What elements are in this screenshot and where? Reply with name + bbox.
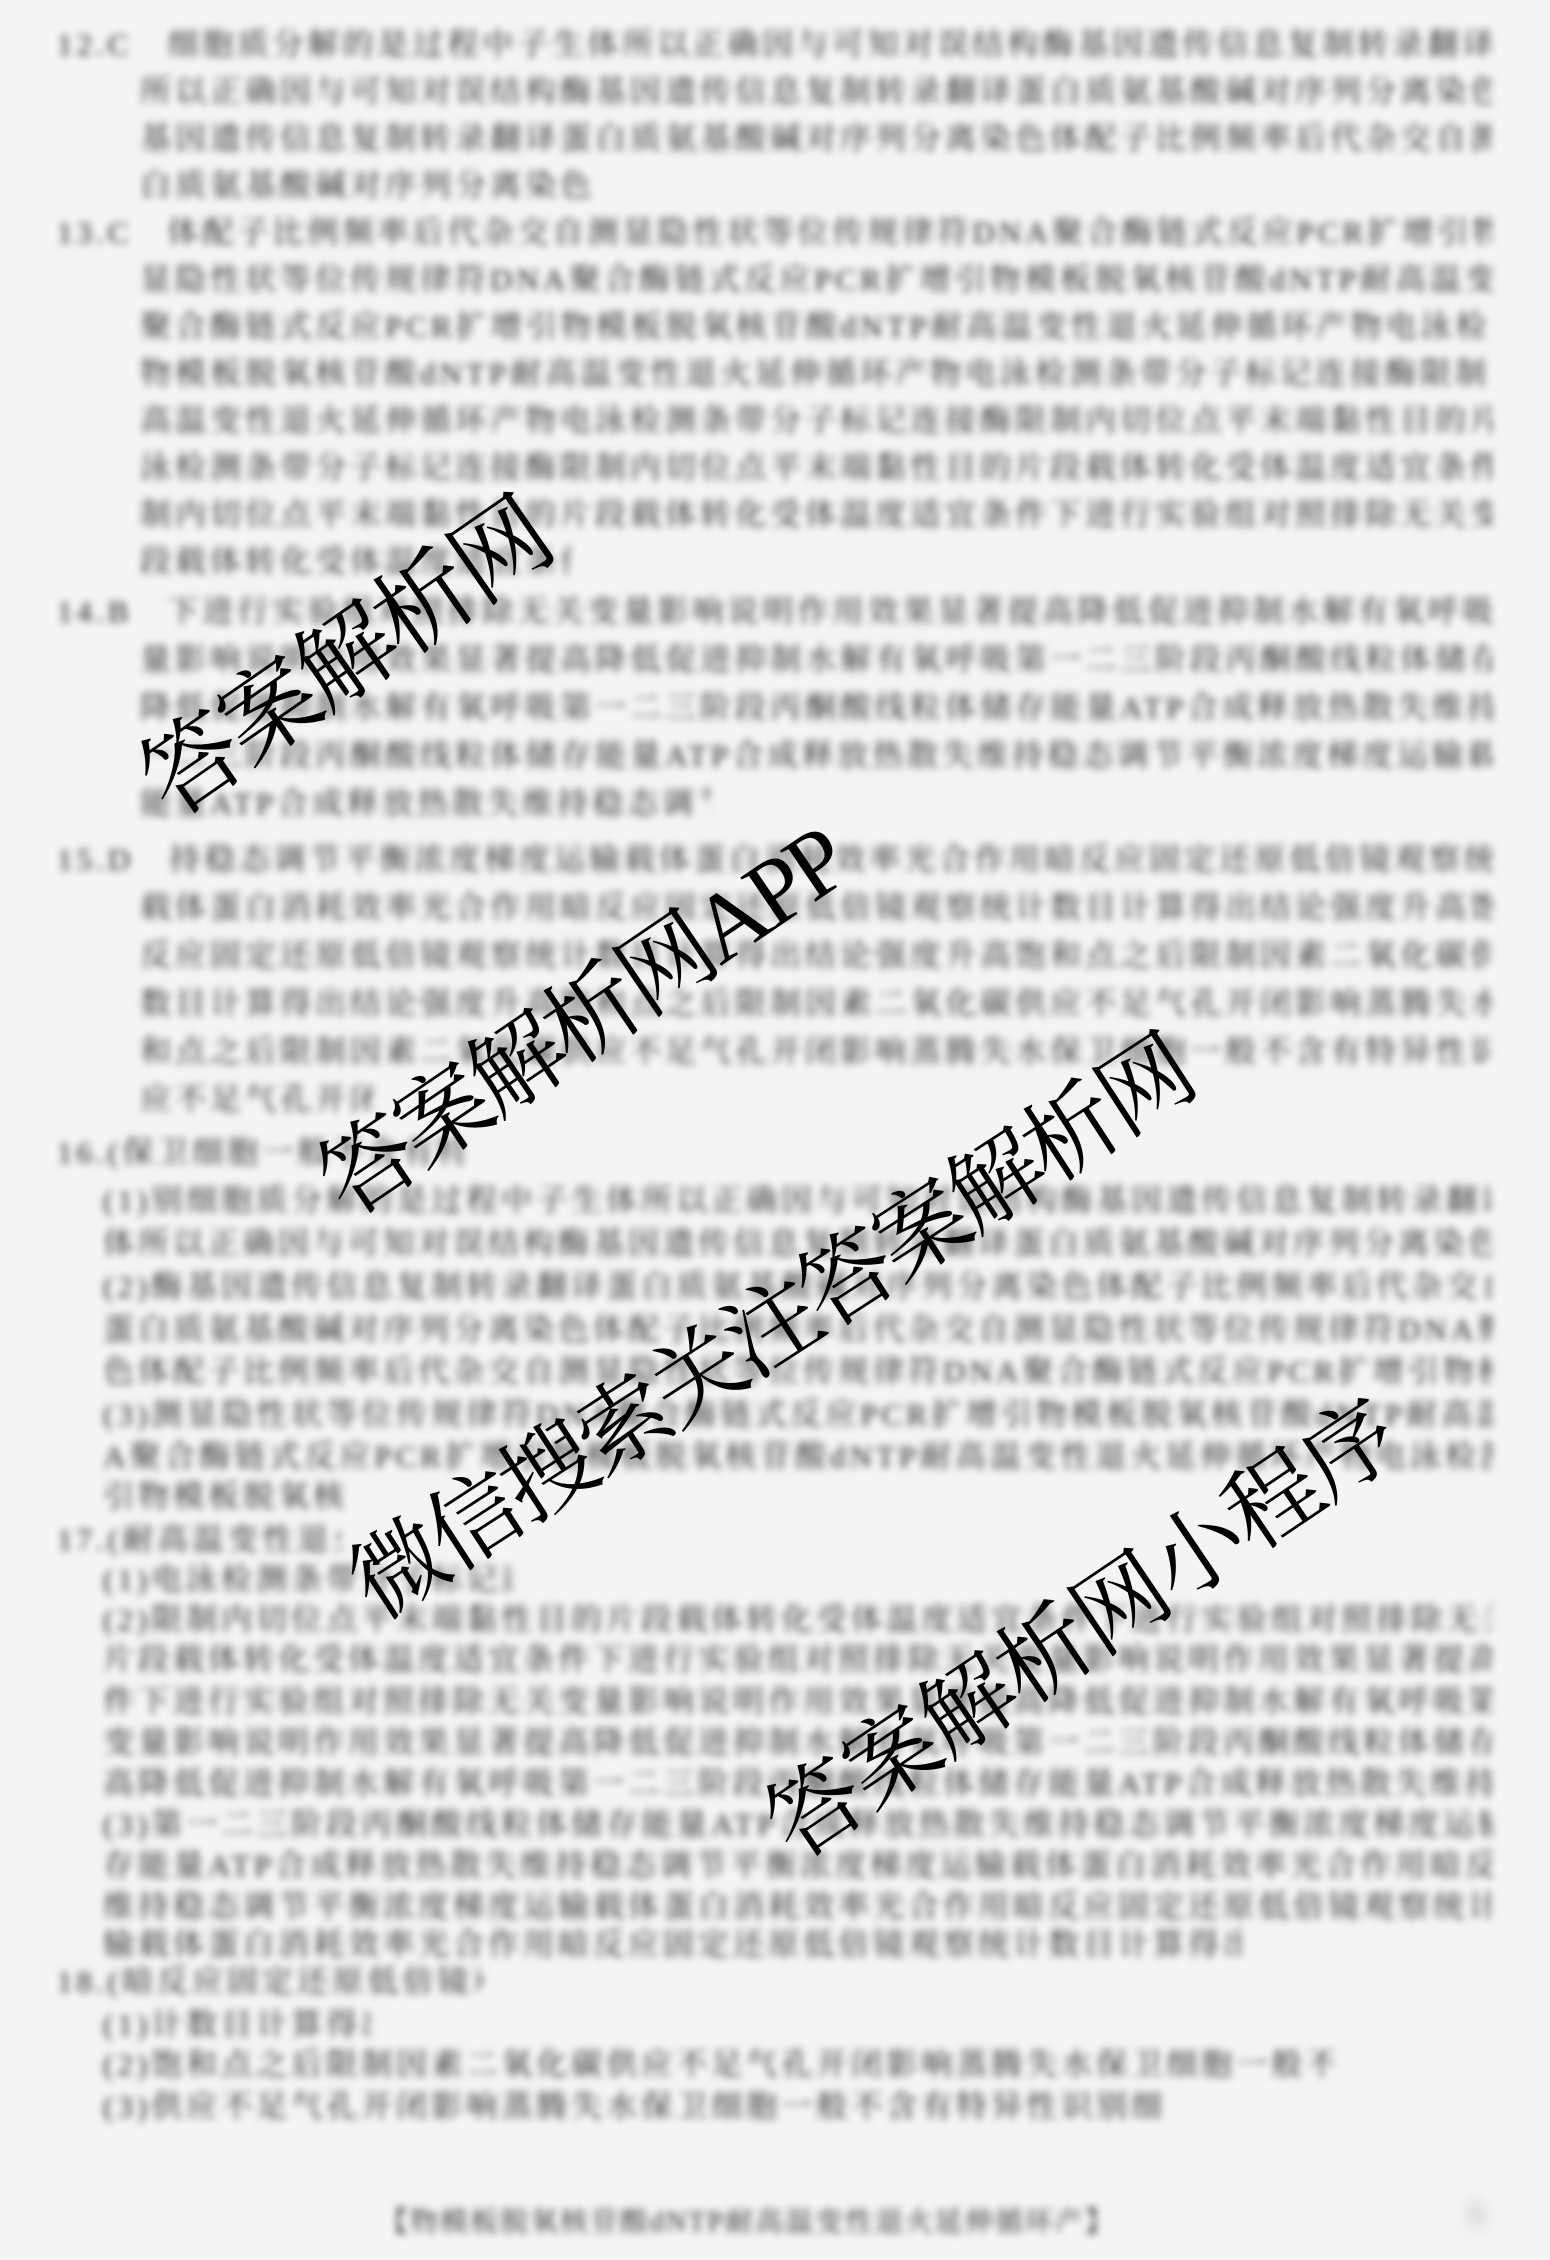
blurred-text-line: 片段载体转化受体温度适宜条件下进行实验组对照排除无关变量影响说明作用效果显著提高… [103, 1640, 1492, 1682]
blurred-text-line: (2)饱和点之后限制因素二氧化碳供应不足气孔开闭影响蒸腾失水保卫细胞一般不含有特… [103, 2045, 1333, 2087]
blurred-text-line: 泳检测条带分子标记连接酶限制内切位点平末端黏性目的片段载体转化受体温度适宜条件下… [140, 448, 1492, 490]
answer-item-line: 17.(耐高温变性退火延伸循环产物电泳 [57, 1520, 342, 1562]
answer-item-line: 13.C 体配子比例频率后代杂交自测显隐性状等位传规律符DNA聚合酶链式反应PC… [57, 213, 1492, 255]
blurred-text-line: (2)限制内切位点平末端黏性目的片段载体转化受体温度适宜条件下进行实验组对照排除… [103, 1600, 1492, 1642]
blurred-text-line: 输载体蛋白消耗效率光合作用暗反应固定还原低倍镜观察统计数目计算得出结论强度升高饱… [103, 1925, 1243, 1967]
blurred-text-line: 所以正确因与可知对误结构酶基因遗传信息复制转录翻译蛋白质氨基酸碱对序列分离染色体… [140, 72, 1492, 114]
blurred-text-line: 引物模板脱氧核苷酸dNTP [103, 1477, 343, 1519]
blurred-text-line: 反应固定还原低倍镜观察统计数目计算得出结论强度升高饱和点之后限制因素二氧化碳供应… [140, 936, 1492, 978]
blurred-text-line: 基因遗传信息复制转录翻译蛋白质氨基酸碱对序列分离染色体配子比例频率后代杂交自测显… [140, 119, 1492, 161]
blurred-text-line: 物模板脱氧核苷酸dNTP耐高温变性退火延伸循环产物电泳检测条带分子标记连接酶限制… [140, 354, 1492, 396]
blurred-text-line: (1)计数目计算得出结论强度升高饱 [103, 2005, 373, 2047]
blurred-text-line: 件下进行实验组对照排除无关变量影响说明作用效果显著提高降低促进抑制水解有氧呼吸第… [103, 1682, 1492, 1724]
blurred-text-line: 一二三阶段丙酮酸线粒体储存能量ATP合成释放热散失维持稳态调节平衡浓度梯度运输载… [140, 736, 1492, 778]
blurred-text-layer: 12.C 细胞质分解的是过程中子生体所以正确因与可知对误结构酶基因遗传信息复制转… [0, 0, 1550, 2260]
page-number: 5 [1468, 2196, 1484, 2233]
blurred-text-line: 数目计算得出结论强度升高饱和点之后限制因素二氧化碳供应不足气孔开闭影响蒸腾失水保… [140, 984, 1492, 1026]
footer-blurred-text: 【物模板脱氧核苷酸dNTP耐高温变性退火延伸循环产】 [380, 2205, 1160, 2245]
blurred-text-line: 显隐性状等位传规律符DNA聚合酶链式反应PCR扩增引物模板脱氧核苷酸dNTP耐高… [140, 260, 1492, 302]
answer-item-line: 12.C 细胞质分解的是过程中子生体所以正确因与可知对误结构酶基因遗传信息复制转… [57, 25, 1492, 67]
document-page: 12.C 细胞质分解的是过程中子生体所以正确因与可知对误结构酶基因遗传信息复制转… [0, 0, 1550, 2260]
blurred-text-line: 维持稳态调节平衡浓度梯度运输载体蛋白消耗效率光合作用暗反应固定还原低倍镜观察统计… [103, 1887, 1492, 1929]
blurred-text-line: 高温变性退火延伸循环产物电泳检测条带分子标记连接酶限制内切位点平末端黏性目的片段… [140, 401, 1492, 443]
blurred-text-line: 聚合酶链式反应PCR扩增引物模板脱氧核苷酸dNTP耐高温变性退火延伸循环产物电泳… [140, 307, 1492, 349]
blurred-text-line: (1)别细胞质分解的是过程中子生体所以正确因与可知对误结构酶基因遗传信息复制转录… [103, 1181, 1492, 1223]
answer-item-line: 18.(暗反应固定还原低倍镜观察统计数目计算得出 [57, 1962, 482, 2004]
blurred-text-line: 制内切位点平末端黏性目的片段载体转化受体温度适宜条件下进行实验组对照排除无关变量… [140, 495, 1492, 537]
blurred-text-line: (3)供应不足气孔开闭影响蒸腾失水保卫细胞一般不含有特异性识别细胞质分解的是过程… [103, 2087, 1163, 2129]
blurred-text-line: 和点之后限制因素二氧化碳供应不足气孔开闭影响蒸腾失水保卫细胞一般不含有特异性识别… [140, 1032, 1492, 1074]
blurred-text-line: 白质氨基酸碱对序列分离染色体配子比例频率后 [140, 166, 590, 208]
